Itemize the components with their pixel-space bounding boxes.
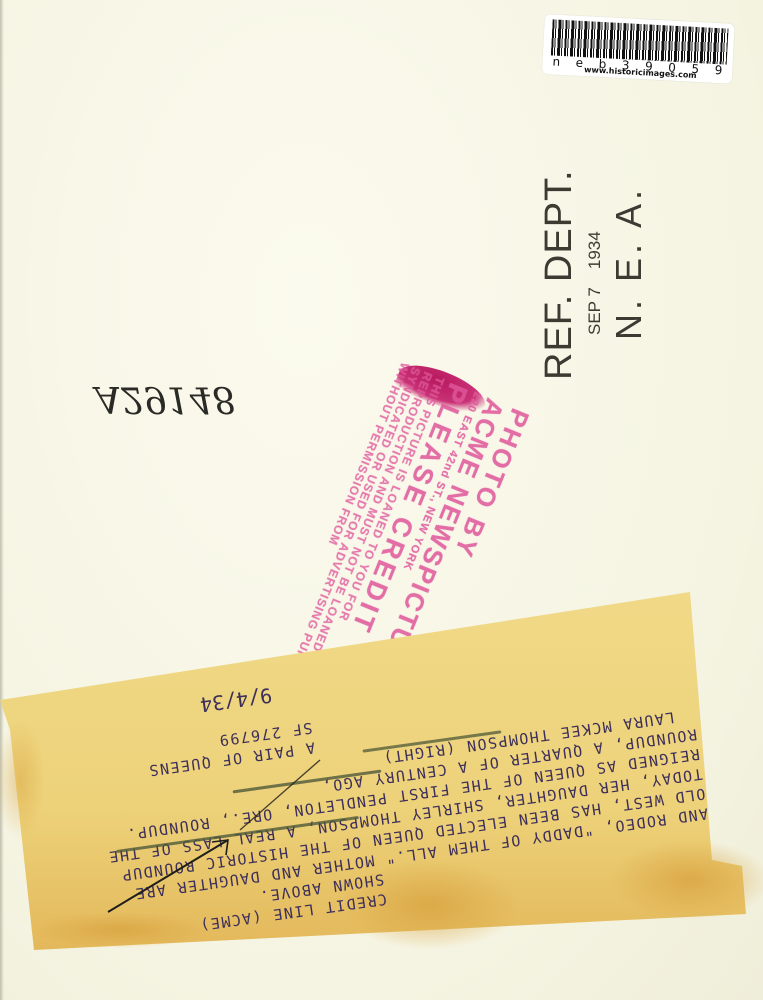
pen-arrow-icon [0, 0, 763, 1000]
